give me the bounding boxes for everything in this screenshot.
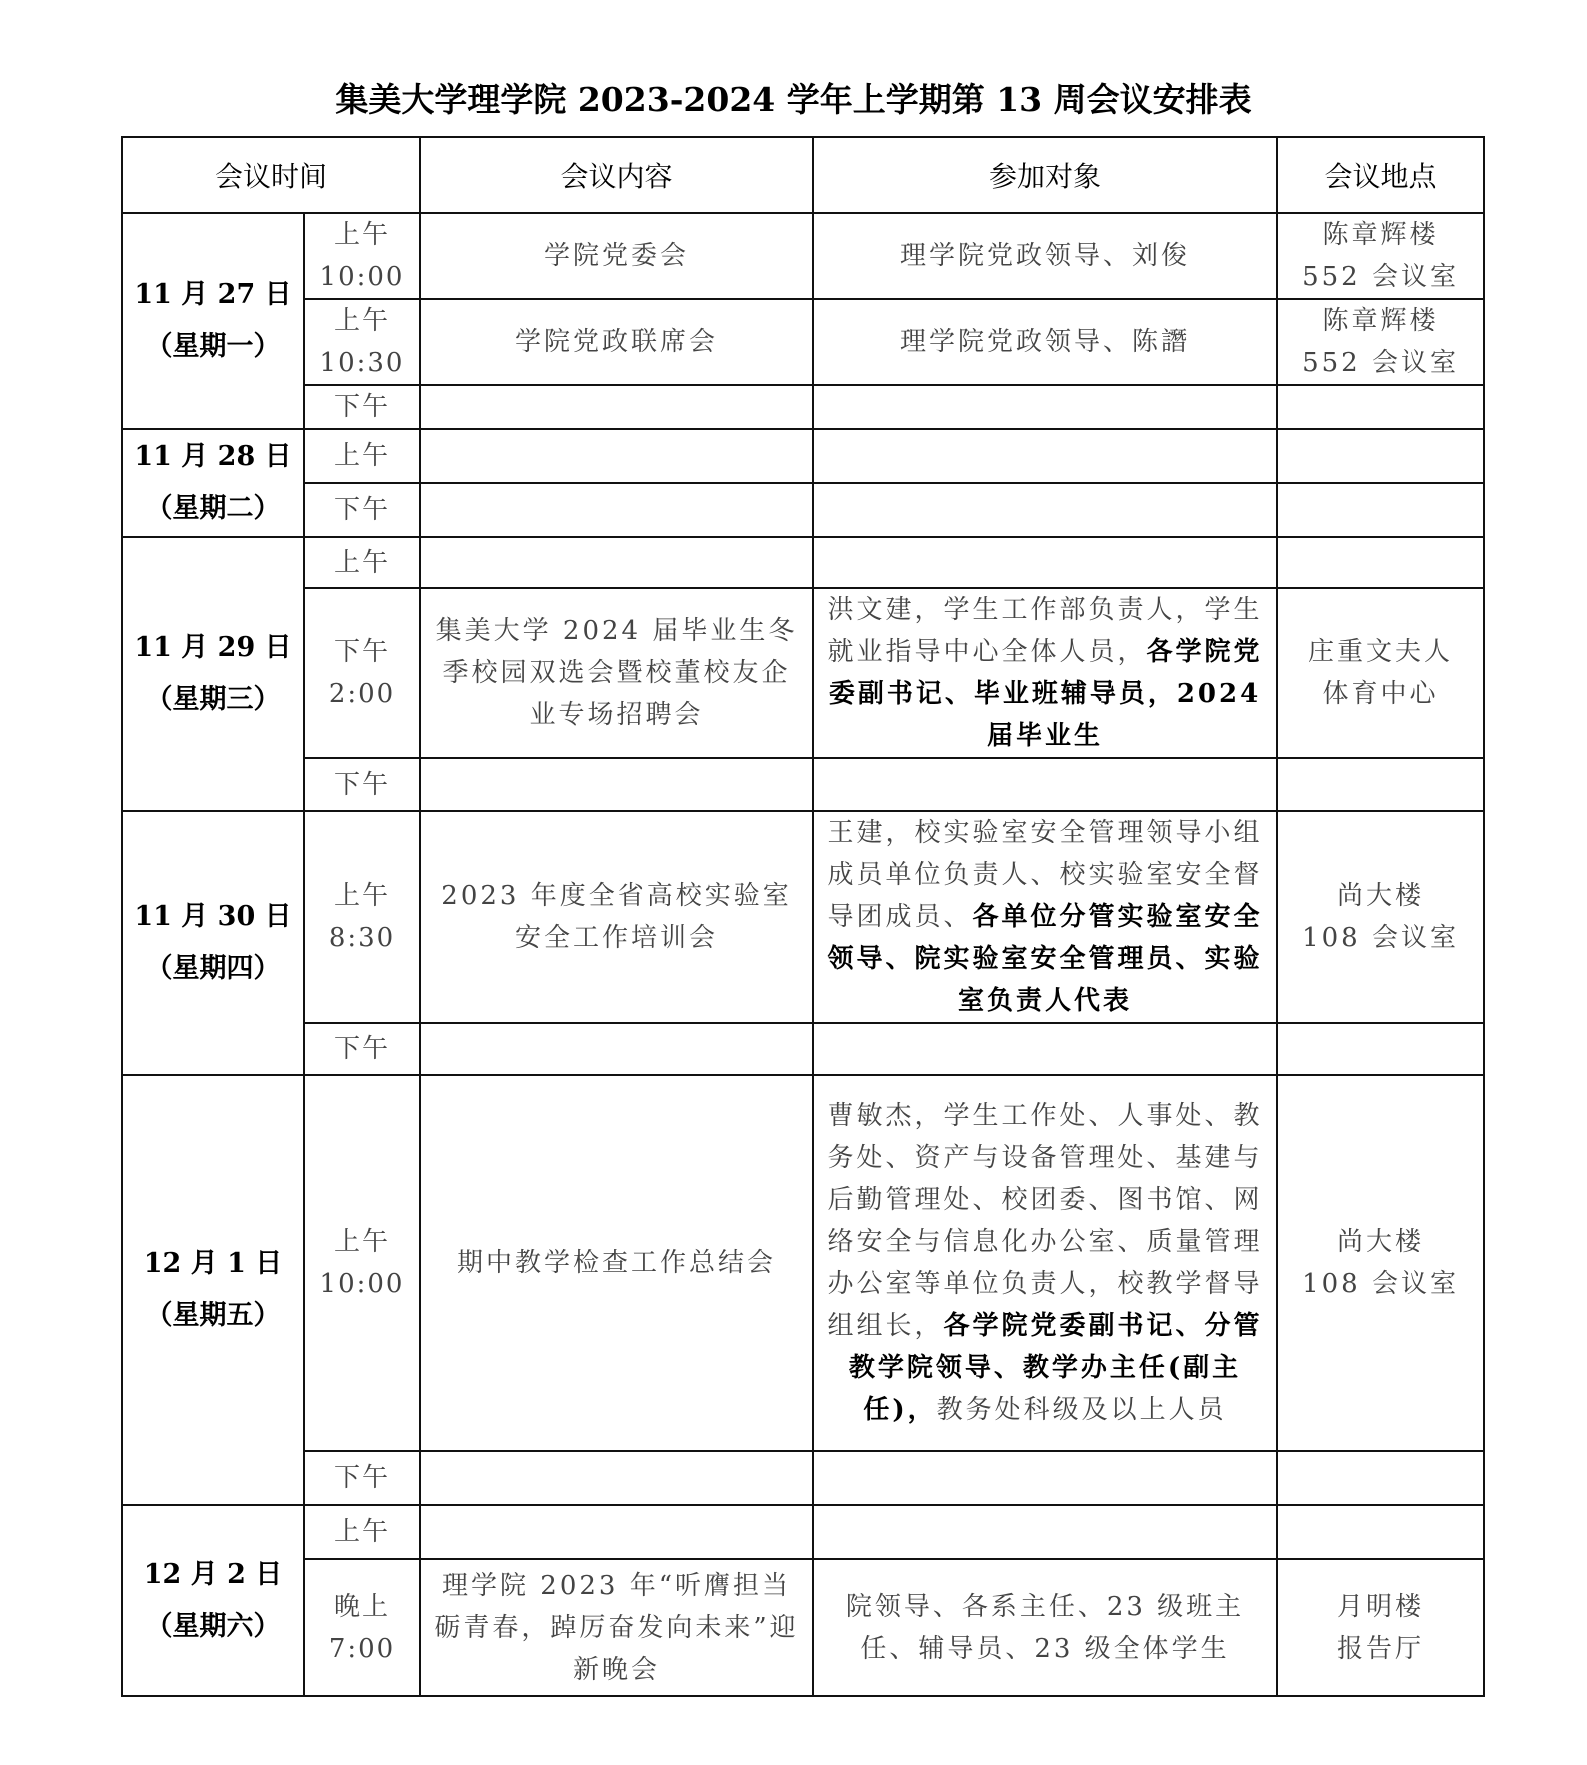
attendees-cell: 曹敏杰，学生工作处、人事处、教务处、资产与设备管理处、基建与后勤管理处、校团委、… [813, 1075, 1277, 1451]
location-cell [1277, 1505, 1484, 1559]
time-slot-cell: 上午10:00 [304, 1075, 420, 1451]
date-cell: 11 月 27 日（星期一） [122, 213, 304, 429]
period-label: 下午 [315, 1028, 409, 1070]
meeting-content-cell: 理学院 2023 年“听膺担当砺青春，踔厉奋发向未来”迎新晚会 [420, 1559, 813, 1696]
meeting-content-cell [420, 483, 813, 537]
table-row: 上午10:30学院党政联席会理学院党政领导、陈譖陈章辉楼552 会议室 [122, 299, 1484, 385]
period-label: 下午 [315, 1457, 409, 1499]
location-line: 尚大楼 [1288, 875, 1473, 917]
time-slot-cell: 晚上7:00 [304, 1559, 420, 1696]
meeting-content-cell [420, 1505, 813, 1559]
time-slot-cell: 上午10:00 [304, 213, 420, 299]
time-label: 10:30 [315, 342, 409, 384]
header-time: 会议时间 [122, 137, 420, 213]
table-row: 下午 [122, 483, 1484, 537]
attendees-text: 理学院党政领导、刘俊 [900, 241, 1190, 271]
attendees-cell [813, 1451, 1277, 1505]
time-label: 8:30 [315, 917, 409, 959]
attendees-text: 理学院党政领导、陈譖 [900, 327, 1190, 357]
location-cell [1277, 1451, 1484, 1505]
attendees-text: 教务处科级及以上人员 [937, 1395, 1227, 1425]
attendees-cell [813, 1023, 1277, 1075]
weekday-label: （星期二） [133, 483, 293, 535]
period-label: 下午 [315, 386, 409, 428]
location-cell: 尚大楼108 会议室 [1277, 1075, 1484, 1451]
period-label: 下午 [315, 631, 409, 673]
meeting-content-cell [420, 537, 813, 588]
attendees-cell: 理学院党政领导、刘俊 [813, 213, 1277, 299]
table-row: 11 月 29 日（星期三）上午 [122, 537, 1484, 588]
attendees-cell [813, 483, 1277, 537]
meeting-content-cell: 学院党政联席会 [420, 299, 813, 385]
location-cell [1277, 385, 1484, 429]
location-line: 552 会议室 [1288, 342, 1473, 384]
meeting-content-cell: 期中教学检查工作总结会 [420, 1075, 813, 1451]
time-slot-cell: 上午 [304, 429, 420, 483]
period-label: 上午 [315, 300, 409, 342]
period-label: 下午 [315, 764, 409, 806]
date-label: 12 月 1 日 [133, 1238, 293, 1290]
location-cell: 月明楼报告厅 [1277, 1559, 1484, 1696]
time-slot-cell: 下午 [304, 385, 420, 429]
date-cell: 12 月 1 日（星期五） [122, 1075, 304, 1505]
date-label: 11 月 28 日 [133, 431, 293, 483]
meeting-schedule-table: 会议时间 会议内容 参加对象 会议地点 11 月 27 日（星期一）上午10:0… [121, 136, 1485, 1697]
location-line: 108 会议室 [1288, 917, 1473, 959]
table-row: 下午 [122, 385, 1484, 429]
period-label: 上午 [315, 542, 409, 584]
location-line: 报告厅 [1288, 1628, 1473, 1670]
header-content: 会议内容 [420, 137, 813, 213]
attendees-cell: 理学院党政领导、陈譖 [813, 299, 1277, 385]
table-row: 11 月 27 日（星期一）上午10:00学院党委会理学院党政领导、刘俊陈章辉楼… [122, 213, 1484, 299]
time-label: 7:00 [315, 1628, 409, 1670]
weekday-label: （星期六） [133, 1601, 293, 1653]
location-line: 陈章辉楼 [1288, 214, 1473, 256]
table-row: 下午 [122, 1451, 1484, 1505]
table-row: 12 月 1 日（星期五）上午10:00期中教学检查工作总结会曹敏杰，学生工作处… [122, 1075, 1484, 1451]
meeting-content-cell [420, 385, 813, 429]
time-label: 10:00 [315, 1263, 409, 1305]
time-slot-cell: 下午2:00 [304, 588, 420, 758]
location-cell: 陈章辉楼552 会议室 [1277, 299, 1484, 385]
attendees-cell [813, 758, 1277, 811]
period-label: 上午 [315, 214, 409, 256]
meeting-content-cell [420, 429, 813, 483]
location-line: 552 会议室 [1288, 256, 1473, 298]
location-cell [1277, 537, 1484, 588]
table-row: 晚上7:00理学院 2023 年“听膺担当砺青春，踔厉奋发向未来”迎新晚会院领导… [122, 1559, 1484, 1696]
table-row: 下午2:00集美大学 2024 届毕业生冬季校园双选会暨校董校友企业专场招聘会洪… [122, 588, 1484, 758]
location-line: 体育中心 [1288, 673, 1473, 715]
attendees-text: 曹敏杰，学生工作处、人事处、教务处、资产与设备管理处、基建与后勤管理处、校团委、… [828, 1101, 1263, 1341]
weekday-label: （星期一） [133, 321, 293, 373]
location-line: 108 会议室 [1288, 1263, 1473, 1305]
meeting-content-cell [420, 1451, 813, 1505]
header-attendees: 参加对象 [813, 137, 1277, 213]
date-label: 11 月 30 日 [133, 891, 293, 943]
date-label: 12 月 2 日 [133, 1549, 293, 1601]
date-cell: 11 月 28 日（星期二） [122, 429, 304, 537]
time-slot-cell: 下午 [304, 1451, 420, 1505]
time-label: 10:00 [315, 256, 409, 298]
period-label: 上午 [315, 1221, 409, 1263]
weekday-label: （星期四） [133, 943, 293, 995]
attendees-text: 院领导、各系主任、23 级班主任、辅导员、23 级全体学生 [846, 1592, 1244, 1664]
date-label: 11 月 27 日 [133, 269, 293, 321]
date-cell: 11 月 29 日（星期三） [122, 537, 304, 811]
time-slot-cell: 上午8:30 [304, 811, 420, 1023]
header-location: 会议地点 [1277, 137, 1484, 213]
date-cell: 11 月 30 日（星期四） [122, 811, 304, 1075]
attendees-cell: 王建，校实验室安全管理领导小组成员单位负责人、校实验室安全督导团成员、各单位分管… [813, 811, 1277, 1023]
meeting-content-cell [420, 1023, 813, 1075]
period-label: 晚上 [315, 1586, 409, 1628]
period-label: 上午 [315, 1511, 409, 1553]
attendees-cell [813, 429, 1277, 483]
time-slot-cell: 下午 [304, 483, 420, 537]
attendees-cell: 院领导、各系主任、23 级班主任、辅导员、23 级全体学生 [813, 1559, 1277, 1696]
meeting-content-cell [420, 758, 813, 811]
date-cell: 12 月 2 日（星期六） [122, 1505, 304, 1696]
header-row: 会议时间 会议内容 参加对象 会议地点 [122, 137, 1484, 213]
period-label: 上午 [315, 435, 409, 477]
time-slot-cell: 上午 [304, 537, 420, 588]
attendees-cell: 洪文建，学生工作部负责人，学生就业指导中心全体人员，各学院党委副书记、毕业班辅导… [813, 588, 1277, 758]
time-slot-cell: 下午 [304, 758, 420, 811]
meeting-content-cell: 2023 年度全省高校实验室安全工作培训会 [420, 811, 813, 1023]
table-row: 11 月 30 日（星期四）上午8:302023 年度全省高校实验室安全工作培训… [122, 811, 1484, 1023]
location-line: 庄重文夫人 [1288, 631, 1473, 673]
time-label: 2:00 [315, 673, 409, 715]
location-line: 尚大楼 [1288, 1221, 1473, 1263]
schedule-body: 11 月 27 日（星期一）上午10:00学院党委会理学院党政领导、刘俊陈章辉楼… [122, 213, 1484, 1696]
location-cell [1277, 429, 1484, 483]
weekday-label: （星期三） [133, 674, 293, 726]
page-title: 集美大学理学院 2023-2024 学年上学期第 13 周会议安排表 [0, 74, 1587, 121]
time-slot-cell: 下午 [304, 1023, 420, 1075]
location-line: 陈章辉楼 [1288, 300, 1473, 342]
table-row: 11 月 28 日（星期二）上午 [122, 429, 1484, 483]
time-slot-cell: 上午10:30 [304, 299, 420, 385]
location-cell [1277, 483, 1484, 537]
attendees-cell [813, 537, 1277, 588]
location-cell: 陈章辉楼552 会议室 [1277, 213, 1484, 299]
location-cell: 庄重文夫人体育中心 [1277, 588, 1484, 758]
table-row: 12 月 2 日（星期六）上午 [122, 1505, 1484, 1559]
attendees-cell [813, 385, 1277, 429]
location-line: 月明楼 [1288, 1586, 1473, 1628]
date-label: 11 月 29 日 [133, 622, 293, 674]
location-cell [1277, 1023, 1484, 1075]
meeting-content-cell: 学院党委会 [420, 213, 813, 299]
location-cell [1277, 758, 1484, 811]
period-label: 上午 [315, 875, 409, 917]
table-row: 下午 [122, 1023, 1484, 1075]
period-label: 下午 [315, 489, 409, 531]
attendees-cell [813, 1505, 1277, 1559]
time-slot-cell: 上午 [304, 1505, 420, 1559]
location-cell: 尚大楼108 会议室 [1277, 811, 1484, 1023]
weekday-label: （星期五） [133, 1290, 293, 1342]
meeting-content-cell: 集美大学 2024 届毕业生冬季校园双选会暨校董校友企业专场招聘会 [420, 588, 813, 758]
table-row: 下午 [122, 758, 1484, 811]
